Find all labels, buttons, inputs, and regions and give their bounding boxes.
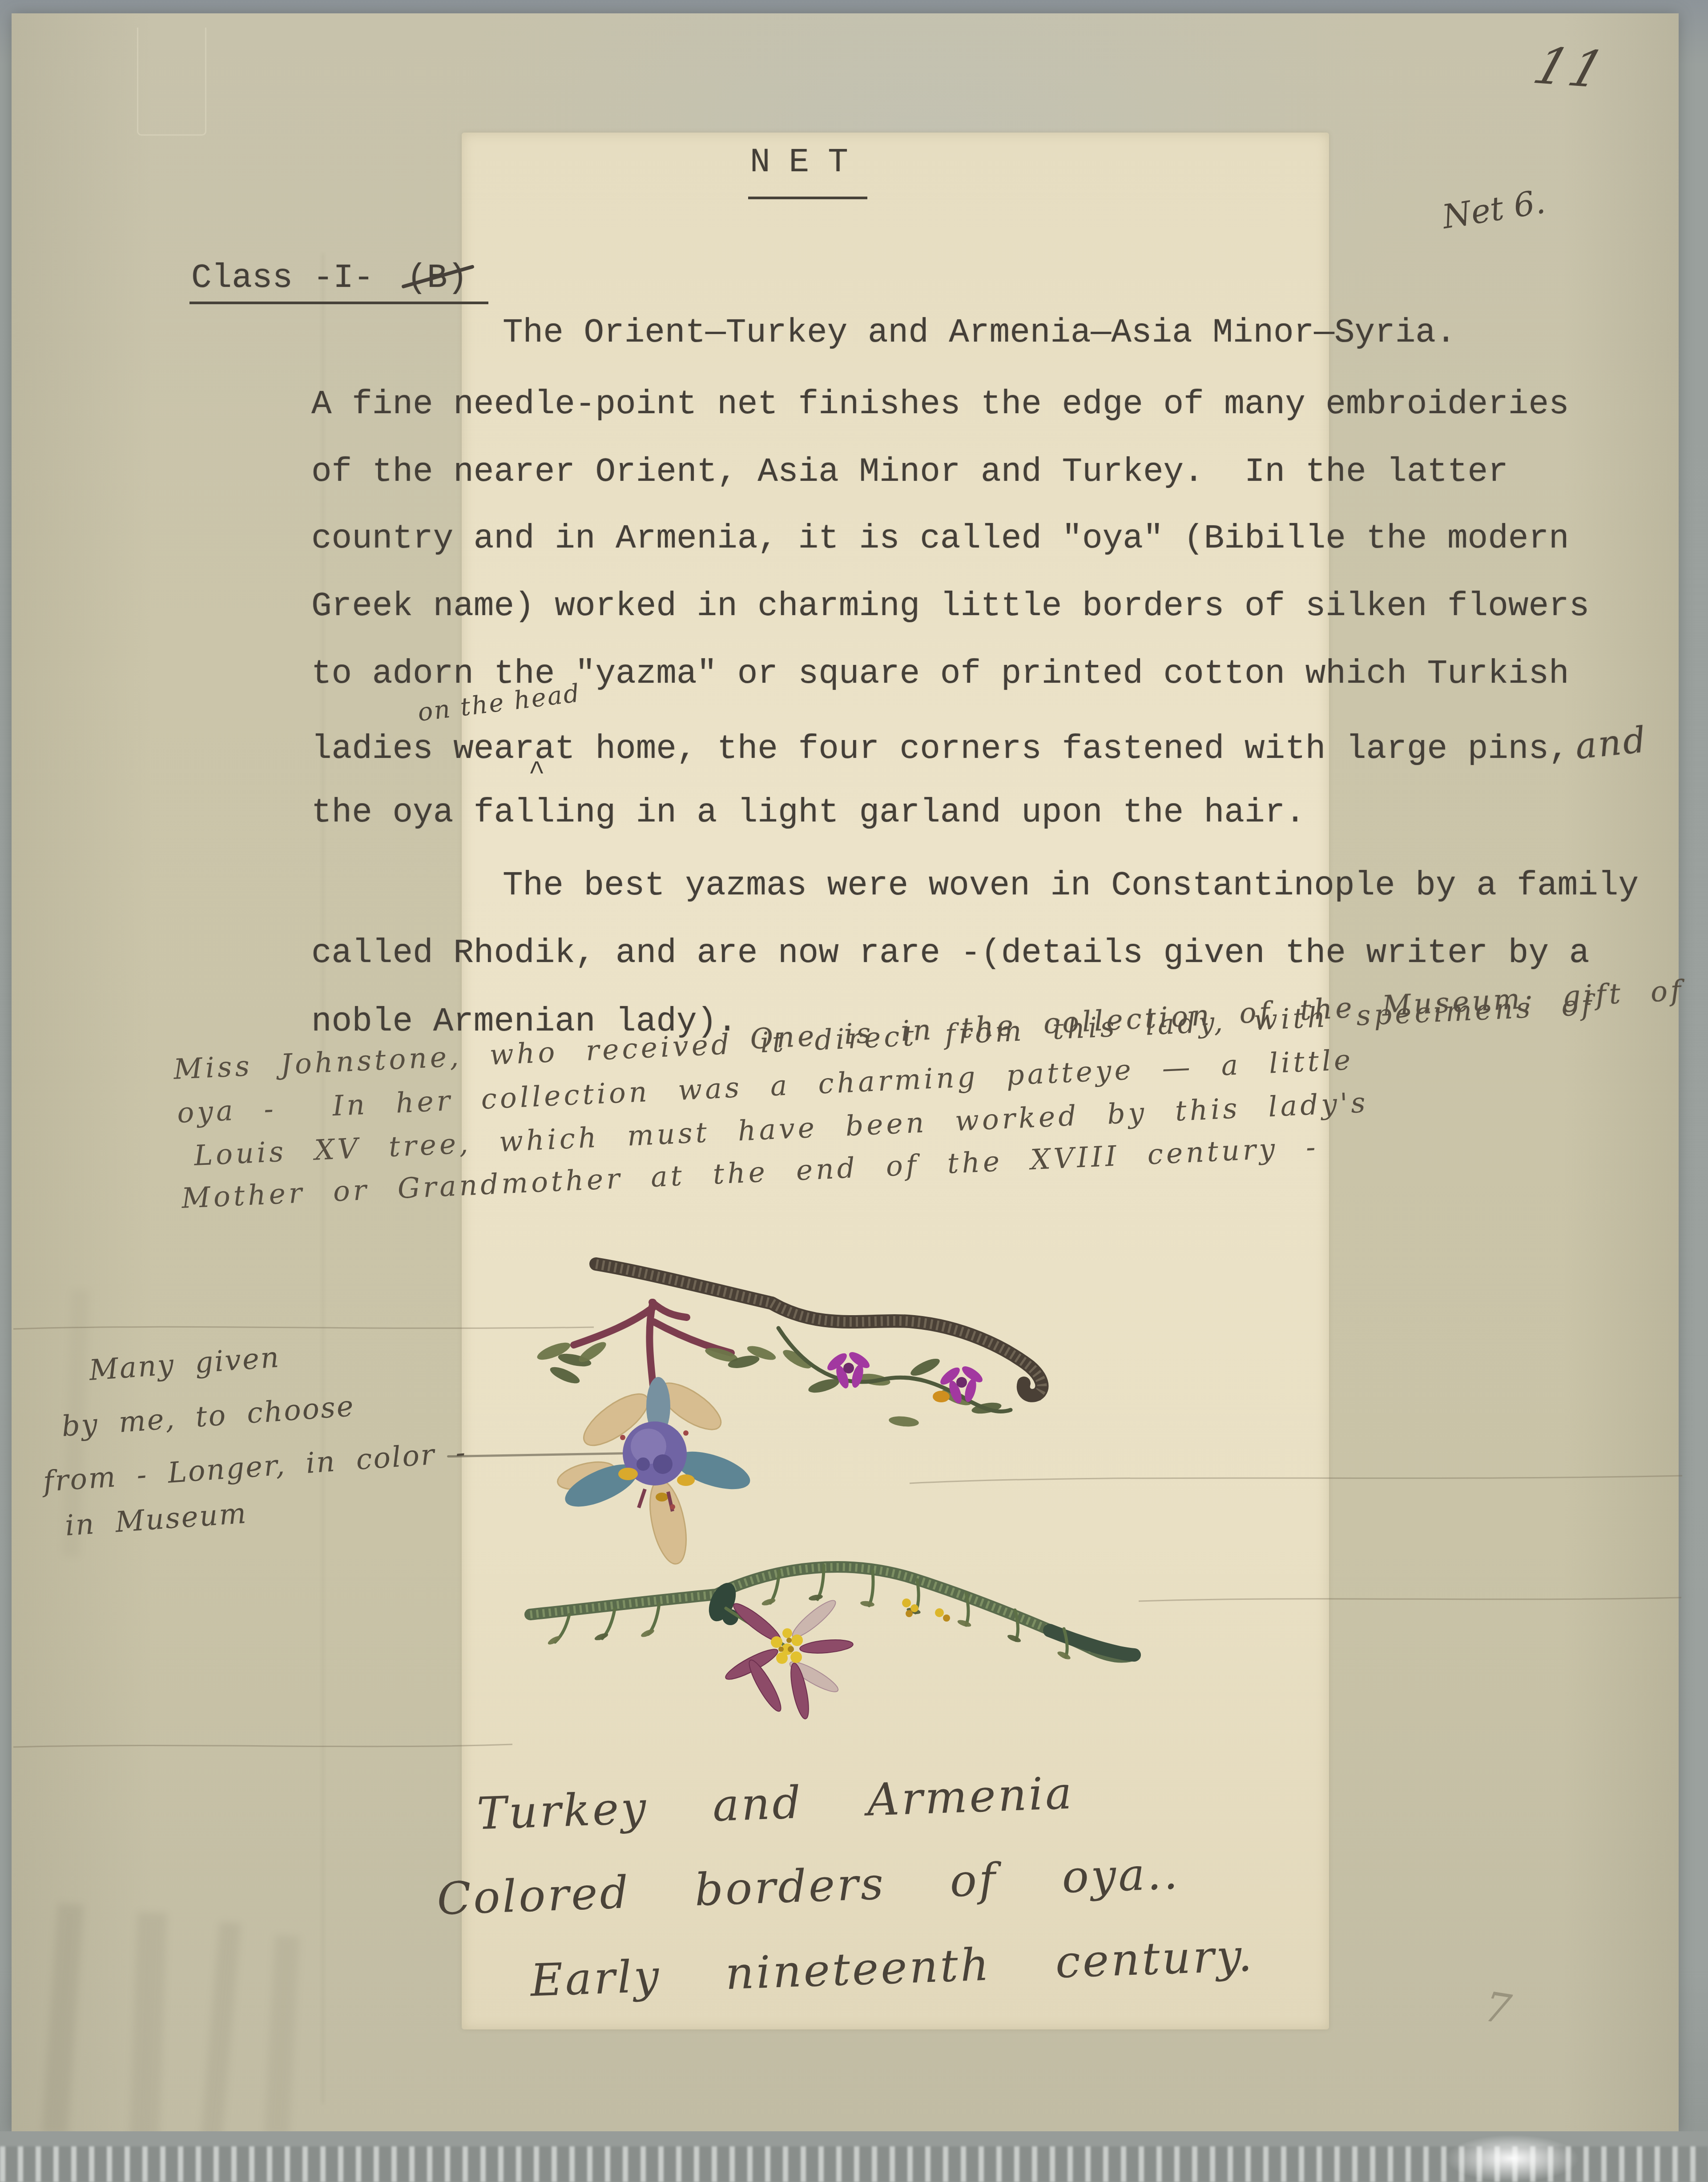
- typed-segment: at home, the four corners fastened with …: [535, 730, 1569, 768]
- typed-line: A fine needle-point net finishes the edg…: [311, 385, 1569, 423]
- typed-segment: ladies wear: [311, 730, 535, 768]
- orange-bud: [933, 1391, 950, 1402]
- typed-line: Greek name) worked in charming little bo…: [311, 587, 1589, 625]
- large-blossom: [555, 1375, 754, 1567]
- caret-mark: ^: [528, 756, 545, 788]
- title-underline: [748, 197, 867, 199]
- embroidery-specimen-bottom: [503, 1548, 1170, 1752]
- class-label: Class -I-: [191, 259, 374, 297]
- typed-line: country and in Armenia, it is called "oy…: [311, 519, 1569, 558]
- handwritten-and: and: [1573, 719, 1649, 767]
- typed-line: of the nearer Orient, Asia Minor and Tur…: [311, 453, 1508, 491]
- class-underline: [189, 302, 488, 304]
- typed-line-with-insert: ladies wearat home, the four corners fas…: [311, 725, 1648, 768]
- typed-line: The Orient—Turkey and Armenia—Asia Minor…: [503, 314, 1456, 352]
- typed-line: called Rhodik, and are now rare -(detail…: [311, 934, 1589, 972]
- sleeve-glare: [1446, 2135, 1579, 2182]
- class-struck-item: (B): [407, 259, 467, 297]
- class-heading: Class -I-(B): [191, 259, 467, 297]
- page-title: NET: [750, 143, 867, 181]
- typed-line: The best yazmas were woven in Constantin…: [503, 866, 1639, 905]
- scanned-manuscript-page: 11 NET Net 6. Class -I-(B) The Orient—Tu…: [0, 0, 1708, 2182]
- star-flower: [723, 1596, 854, 1720]
- typed-line: to adorn the "yazma" or square of printe…: [311, 655, 1569, 693]
- typed-line: the oya falling in a light garland upon …: [311, 793, 1305, 832]
- embroidery-specimen-top: [512, 1245, 1090, 1548]
